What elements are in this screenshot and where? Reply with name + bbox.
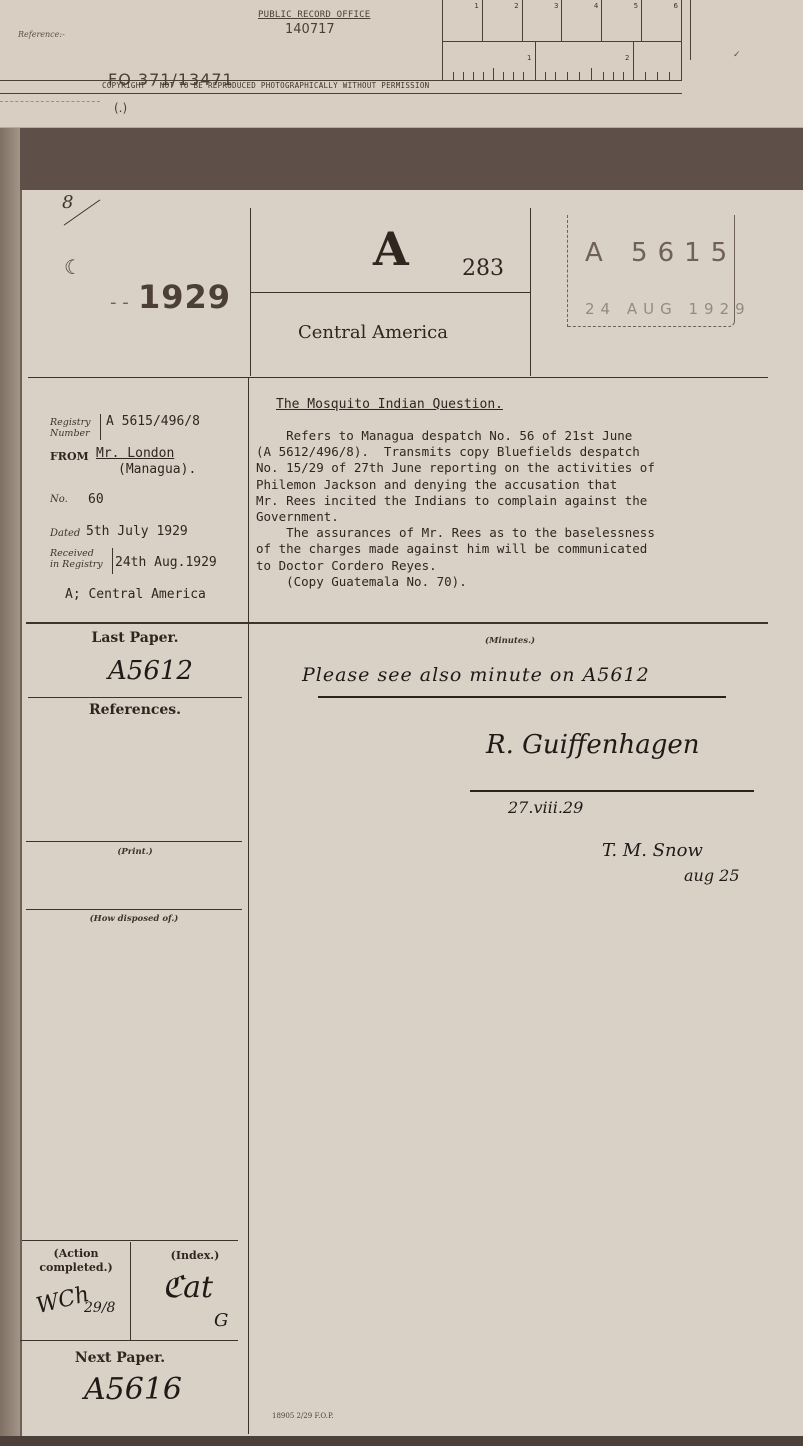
reference-strip: Reference:- PUBLIC RECORD OFFICE 140717 … [0, 0, 803, 128]
ruler-top-scale: 1 2 3 4 5 6 [443, 0, 681, 42]
subject-summary: Refers to Managua despatch No. 56 of 21s… [256, 428, 776, 590]
folder-edge [0, 128, 20, 1446]
action-top-rule [22, 1240, 238, 1241]
crescent-mark-icon: ☾ [64, 255, 82, 279]
ruler-label: 3 [554, 2, 558, 10]
reference-label: Reference:- [18, 30, 65, 39]
from-label: FROM [50, 450, 89, 463]
action-index-divider [130, 1242, 131, 1340]
disposed-label: (How disposed of.) [26, 914, 242, 924]
ruler-label: 2 [514, 2, 518, 10]
ruler-label: 1 [474, 2, 478, 10]
references-rule [26, 841, 242, 842]
ruler-bottom-scale: 1 2 [443, 42, 681, 80]
ruler-label: 4 [594, 2, 598, 10]
header-divider-2 [530, 208, 531, 376]
despatch-number: 60 [88, 492, 104, 507]
summary-line: Philemon Jackson and denying the accusat… [256, 477, 776, 493]
ruler-label: 5 [634, 2, 638, 10]
main-column-divider [248, 378, 249, 1434]
summary-line: Refers to Managua despatch No. 56 of 21s… [256, 428, 776, 444]
registry-number-label: Registry Number [50, 417, 91, 439]
last-paper-label: Last Paper. [28, 630, 242, 646]
index-mark: G [214, 1310, 228, 1331]
second-initials: T. M. Snow [602, 840, 703, 861]
minute-note: Please see also minute on A5612 [302, 664, 650, 686]
summary-bottom-rule [26, 622, 768, 624]
action-date: 29/8 [84, 1300, 115, 1316]
action-completed-label: (Action completed.) [26, 1247, 126, 1275]
index-initials: ℭat [162, 1270, 213, 1305]
signature-rule [470, 790, 754, 792]
summary-line: of the charges made against him will be … [256, 541, 776, 557]
registry-number: A 5615/496/8 [106, 414, 200, 429]
file-sub-mark: (.) [114, 101, 127, 115]
summary-line: The assurances of Mr. Rees as to the bas… [256, 525, 776, 541]
box-number: 283 [462, 256, 504, 281]
next-paper-value: A5616 [84, 1372, 182, 1407]
index-label: (Index.) [160, 1249, 230, 1263]
dated-label: Dated [50, 528, 80, 539]
summary-line: Government. [256, 509, 776, 525]
last-paper-value: A5612 [108, 656, 193, 686]
department-name: Central America [298, 322, 448, 343]
print-label: (Print.) [28, 847, 242, 857]
summary-line: to Doctor Cordero Reyes. [256, 558, 776, 574]
ruler-label: 6 [674, 2, 678, 10]
classification: A; Central America [65, 587, 206, 602]
references-label: References. [28, 702, 242, 718]
scale-ruler: 1 2 3 4 5 6 1 2 [442, 0, 682, 80]
summary-line: No. 15/29 of 27th June reporting on the … [256, 460, 776, 476]
print-rule [26, 909, 242, 910]
office-number: 140717 [285, 22, 335, 37]
dated-value: 5th July 1929 [86, 524, 188, 539]
summary-line: Mr. Rees incited the Indians to complain… [256, 493, 776, 509]
next-paper-label: Next Paper. [20, 1350, 220, 1366]
from-place: (Managua). [118, 462, 196, 477]
bracket [112, 548, 113, 574]
from-name: Mr. London [96, 446, 174, 461]
series-letter: A [373, 222, 409, 276]
dashed-rule [0, 101, 100, 102]
minutes-label: (Minutes.) [250, 636, 770, 646]
ruler-label: 2 [625, 54, 629, 62]
no-label: No. [50, 494, 68, 505]
copyright-notice: COPYRIGHT - NOT TO BE REPRODUCED PHOTOGR… [102, 81, 429, 90]
sheet-bottom-edge [0, 1436, 803, 1446]
summary-line: (Copy Guatemala No. 70). [256, 574, 776, 590]
ruler-edge [690, 0, 691, 60]
next-paper-rule [20, 1340, 238, 1341]
header-hrule [250, 292, 530, 293]
stamp-date: 24 AUG 1929 [585, 300, 751, 318]
year-prefix: - - [110, 292, 129, 313]
ruler-label: 1 [527, 54, 531, 62]
stamp-number: A 5615 [585, 238, 737, 268]
bracket [100, 414, 101, 440]
received-label: Received in Registry [50, 548, 103, 570]
office-title: PUBLIC RECORD OFFICE [258, 10, 370, 20]
print-code: 18905 2/29 F.O.P. [272, 1412, 334, 1420]
signature: R. Guiffenhagen [486, 730, 700, 760]
signature-date: 27.viii.29 [508, 798, 583, 817]
year-stamp: 1929 [138, 278, 231, 316]
last-paper-rule [28, 697, 242, 698]
received-value: 24th Aug.1929 [115, 555, 217, 570]
minute-underline [318, 696, 726, 698]
subject-title: The Mosquito Indian Question. [276, 397, 503, 412]
second-date: aug 25 [684, 866, 740, 885]
header-bottom-rule [28, 377, 768, 378]
check-mark-icon: ✓ [733, 50, 741, 60]
summary-line: (A 5612/496/8). Transmits copy Bluefield… [256, 444, 776, 460]
handwritten-number: 8 [62, 192, 73, 213]
